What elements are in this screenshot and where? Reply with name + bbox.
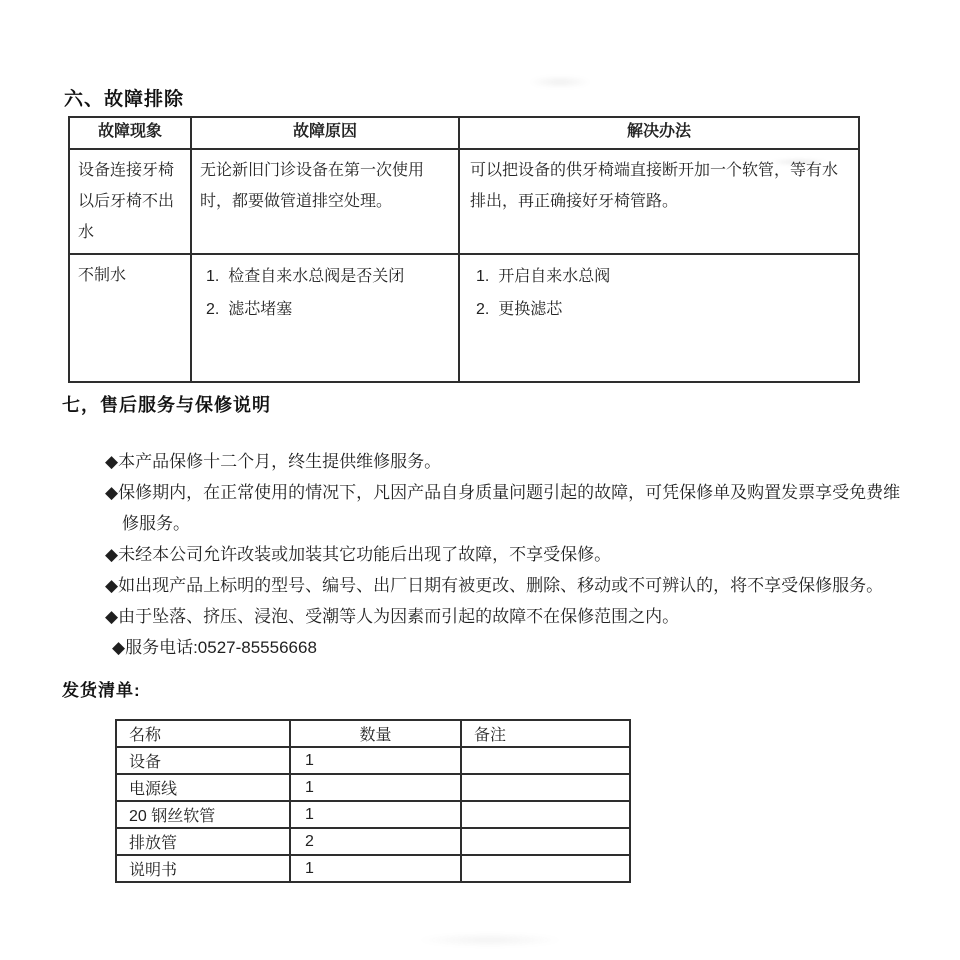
service-phone: ◆服务电话:0527-85556668 xyxy=(112,632,910,663)
page: 六、故障排除 故障现象 故障原因 解决办法 设备连接牙椅以后牙椅不出水 无论新旧… xyxy=(0,0,960,960)
fault-table-header-row: 故障现象 故障原因 解决办法 xyxy=(69,117,859,149)
shipping-list-title: 发货清单: xyxy=(62,676,141,701)
item-note xyxy=(461,855,630,882)
fault-1-cause: 无论新旧门诊设备在第一次使用时，都要做管道排空处理。 xyxy=(191,149,459,254)
item-note xyxy=(461,801,630,828)
fault-header-cause: 故障原因 xyxy=(191,117,459,149)
fault-2-cause: 1. 检查自来水总阀是否关闭 2. 滤芯堵塞 xyxy=(191,254,459,382)
fault-1-phenomenon: 设备连接牙椅以后牙椅不出水 xyxy=(69,149,191,254)
item-qty: 2 xyxy=(290,828,461,855)
shipping-header-name: 名称 xyxy=(116,720,290,747)
fault-2-phenomenon: 不制水 xyxy=(69,254,191,382)
warranty-bullet-2: ◆保修期内，在正常使用的情况下，凡因产品自身质量问题引起的故障，可凭保修单及购置… xyxy=(105,477,910,539)
fault-2-solution-item-2: 2. 更换滤芯 xyxy=(470,293,843,326)
warranty-bullet-3: ◆未经本公司允许改装或加装其它功能后出现了故障，不享受保修。 xyxy=(105,539,910,570)
warranty-bullet-5: ◆由于坠落、挤压、浸泡、受潮等人为因素而引起的故障不在保修范围之内。 xyxy=(105,601,910,632)
shipping-row-manual: 说明书 1 xyxy=(116,855,630,882)
fault-row-2: 不制水 1. 检查自来水总阀是否关闭 2. 滤芯堵塞 1. 开启自来水总阀 2.… xyxy=(69,254,859,382)
item-name: 20 钢丝软管 xyxy=(116,801,290,828)
fault-header-phenomenon: 故障现象 xyxy=(69,117,191,149)
item-qty: 1 xyxy=(290,774,461,801)
section-6-title: 六、故障排除 xyxy=(64,84,184,111)
fault-header-solution: 解决办法 xyxy=(459,117,859,149)
item-qty: 1 xyxy=(290,855,461,882)
item-name: 说明书 xyxy=(116,855,290,882)
shipping-header-note: 备注 xyxy=(461,720,630,747)
item-note xyxy=(461,774,630,801)
fault-2-solution-item-1: 1. 开启自来水总阀 xyxy=(470,260,843,293)
warranty-bullet-1: ◆本产品保修十二个月，终生提供维修服务。 xyxy=(105,446,910,477)
shipping-table: 名称 数量 备注 设备 1 电源线 1 20 钢丝软管 1 排放管 xyxy=(115,719,631,883)
fault-2-solution: 1. 开启自来水总阀 2. 更换滤芯 xyxy=(459,254,859,382)
scan-smudge xyxy=(528,76,592,88)
warranty-bullet-4: ◆如出现产品上标明的型号、编号、出厂日期有被更改、删除、移动或不可辨认的，将不享… xyxy=(105,570,910,601)
fault-2-cause-item-1: 1. 检查自来水总阀是否关闭 xyxy=(200,260,436,293)
fault-1-solution: 可以把设备的供牙椅端直接断开加一个软管，等有水排出，再正确接好牙椅管路。 xyxy=(459,149,859,254)
fault-table: 故障现象 故障原因 解决办法 设备连接牙椅以后牙椅不出水 无论新旧门诊设备在第一… xyxy=(68,116,860,383)
fault-2-cause-item-2: 2. 滤芯堵塞 xyxy=(200,293,436,326)
item-note xyxy=(461,747,630,774)
item-name: 电源线 xyxy=(116,774,290,801)
warranty-bullet-list: ◆本产品保修十二个月，终生提供维修服务。 ◆保修期内，在正常使用的情况下，凡因产… xyxy=(105,446,910,663)
shipping-row-power-cord: 电源线 1 xyxy=(116,774,630,801)
scan-smudge xyxy=(415,933,565,947)
shipping-header-qty: 数量 xyxy=(290,720,461,747)
item-qty: 1 xyxy=(290,747,461,774)
shipping-table-header-row: 名称 数量 备注 xyxy=(116,720,630,747)
shipping-row-drain-pipe: 排放管 2 xyxy=(116,828,630,855)
section-7-title: 七，售后服务与保修说明 xyxy=(62,391,271,417)
item-qty: 1 xyxy=(290,801,461,828)
item-note xyxy=(461,828,630,855)
shipping-row-wire-hose: 20 钢丝软管 1 xyxy=(116,801,630,828)
fault-row-1: 设备连接牙椅以后牙椅不出水 无论新旧门诊设备在第一次使用时，都要做管道排空处理。… xyxy=(69,149,859,254)
shipping-row-device: 设备 1 xyxy=(116,747,630,774)
item-name: 设备 xyxy=(116,747,290,774)
item-name: 排放管 xyxy=(116,828,290,855)
